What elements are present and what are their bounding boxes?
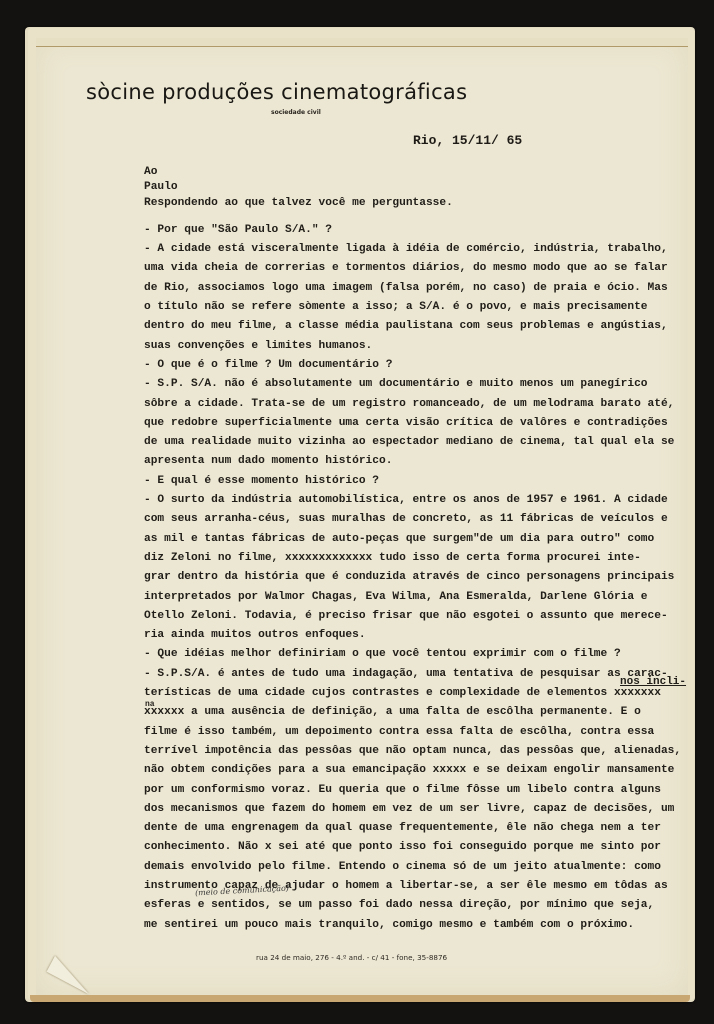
letterhead-address-footer: rua 24 de maio, 276 - 4.º and. - c/ 41 -…: [256, 953, 447, 962]
text-line: ria ainda muitos outros enfoques.: [144, 626, 704, 645]
text-line: Otello Zeloni. Todavia, é preciso frisar…: [144, 607, 704, 626]
text-line: que redobre superficialmente uma certa v…: [144, 414, 704, 433]
paper-stack-bottom-edge: [30, 995, 690, 1002]
text-line: de uma realidade muito vizinha ao espect…: [144, 433, 704, 452]
text-line: suas convenções e limites humanos.: [144, 337, 704, 356]
text-line: terrível impotência das pessôas que não …: [144, 742, 704, 761]
text-line: conhecimento. Não x sei até que ponto is…: [144, 838, 704, 857]
letter-body: Ao Paulo Respondendo ao que talvez você …: [144, 163, 704, 935]
text-line: uma vida cheia de correrias e tormentos …: [144, 259, 704, 278]
typed-correction: na: [145, 700, 155, 709]
text-line: com seus arranha-céus, suas muralhas de …: [144, 510, 704, 529]
text-line: diz Zeloni no filme, xxxxxxxxxxxxx tudo …: [144, 549, 704, 568]
text-line: filme é isso também, um depoimento contr…: [144, 723, 704, 742]
intro-line: Respondendo ao que talvez você me pergun…: [144, 194, 704, 213]
text-line: dente de uma engrenagem da qual quase fr…: [144, 819, 704, 838]
text-line: de Rio, associamos logo uma imagem (fals…: [144, 279, 704, 298]
question-line: - Por que "São Paulo S/A." ?: [144, 221, 704, 240]
letterhead: sòcine produções cinematográficas socied…: [86, 80, 526, 104]
text-line: - S.P. S/A. não é absolutamente um docum…: [144, 375, 704, 394]
text-line: interpretados por Walmor Chagas, Eva Wil…: [144, 588, 704, 607]
text-line: dos mecanismos que fazem do homem em vez…: [144, 800, 704, 819]
text-line: grar dentro da história que é conduzida …: [144, 568, 704, 587]
text-line: as mil e tantas fábricas de auto-peças q…: [144, 530, 704, 549]
text-line: me sentirei um pouco mais tranquilo, com…: [144, 916, 704, 935]
text-line: xxxxxx a uma ausência de definição, a um…: [144, 703, 704, 722]
text-line: apresenta num dado momento histórico.: [144, 452, 704, 471]
text-line: o título não se refere sòmente a isso; a…: [144, 298, 704, 317]
letter-date: Rio, 15/11/ 65: [413, 133, 522, 148]
company-subtitle: sociedade civil: [271, 109, 321, 116]
text-line: sôbre a cidade. Trata-se de um registro …: [144, 395, 704, 414]
question-line: - E qual é esse momento histórico ?: [144, 472, 704, 491]
text-line: não obtem condições para a sua emancipaç…: [144, 761, 704, 780]
text-line: demais envolvido pelo filme. Entendo o c…: [144, 858, 704, 877]
text-line: dentro do meu filme, a classe média paul…: [144, 317, 704, 336]
page-top-fold: [36, 38, 688, 47]
question-line: - O que é o filme ? Um documentário ?: [144, 356, 704, 375]
question-line: - Que idéias melhor definiriam o que voc…: [144, 645, 704, 664]
text-line: esferas e sentidos, se um passo foi dado…: [144, 896, 704, 915]
text-line: - O surto da indústria automobilística, …: [144, 491, 704, 510]
text-line: por um conformismo voraz. Eu queria que …: [144, 781, 704, 800]
company-name: sòcine produções cinematográficas: [86, 80, 526, 104]
text-line: - A cidade está visceralmente ligada à i…: [144, 240, 704, 259]
typed-correction: nos incli-: [620, 676, 686, 688]
